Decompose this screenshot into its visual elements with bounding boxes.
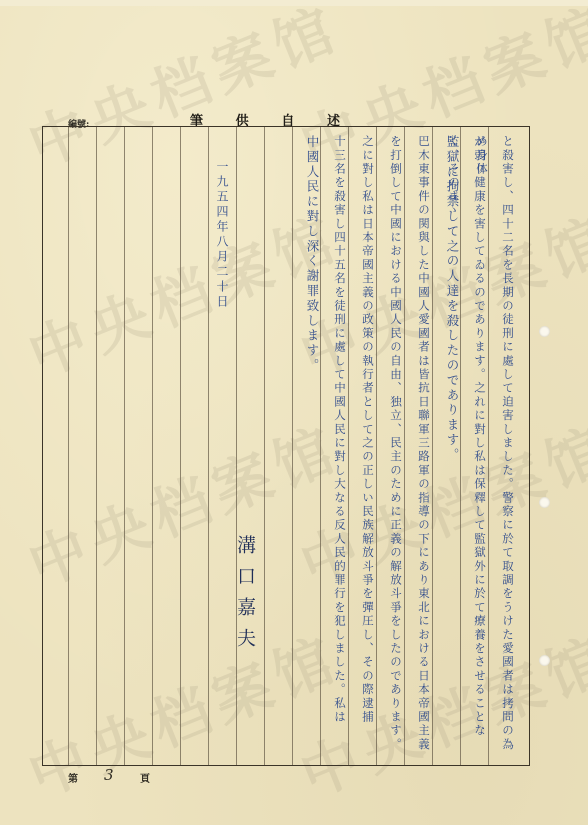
paper-top-edge <box>0 0 588 6</box>
page-number: 3 <box>104 766 114 784</box>
text-column: 巴木東事件の関與した中國人愛國者は皆抗日聯軍三路軍の指導の下にあり東北における日… <box>411 135 437 752</box>
column-rule <box>236 127 237 765</box>
text-column: 之に對し私は日本帝國主義の政策の執行者として之の正しい民族解放斗爭を彈圧し、その… <box>355 135 381 724</box>
punch-hole <box>539 326 550 337</box>
punch-hole <box>539 497 550 508</box>
column-rule <box>96 127 97 765</box>
text-column: 中國人民に對し深く謝罪致します。 <box>299 135 325 373</box>
signature: 溝口嘉夫 <box>232 535 259 659</box>
page-prefix: 第 <box>68 770 78 785</box>
column-rule <box>124 127 125 765</box>
text-column: を打倒して中國における中國人民の自由、独立、民主のために正義の解放斗爭をしたので… <box>383 135 409 752</box>
column-rule <box>208 127 209 765</box>
text-column: 十三名を殺害し四十五名を徒刑に處して中國人民に對し大なる反人民的罪行を犯しました… <box>327 135 353 724</box>
page-suffix: 頁 <box>140 770 150 785</box>
column-rule <box>292 127 293 765</box>
text-column: 監獄に拘禁して之の人達を殺したのであります。 <box>439 135 465 463</box>
column-rule <box>264 127 265 765</box>
archive-page: 中央档案馆 中央档案馆 中央档案馆 中央档案馆 中央档案馆 中央档案馆 中央档案… <box>0 0 588 825</box>
text-column: が弱り健康を害してゐるのであります。之れに對し私は保釋して監獄外に於て療養をさせ… <box>467 135 493 765</box>
text-column: と殺害し、四十二名を長期の徒刑に處して迫害しました。警察に於て取調をうけた愛國者… <box>495 135 521 765</box>
column-rule <box>152 127 153 765</box>
punch-hole <box>539 655 550 666</box>
signing-date: 一九五四年八月二十日 <box>214 160 231 310</box>
column-rule <box>68 127 69 765</box>
ruled-frame: と殺害し、四十二名を長期の徒刑に處して迫害しました。警察に於て取調をうけた愛國者… <box>42 126 530 766</box>
column-rule <box>180 127 181 765</box>
